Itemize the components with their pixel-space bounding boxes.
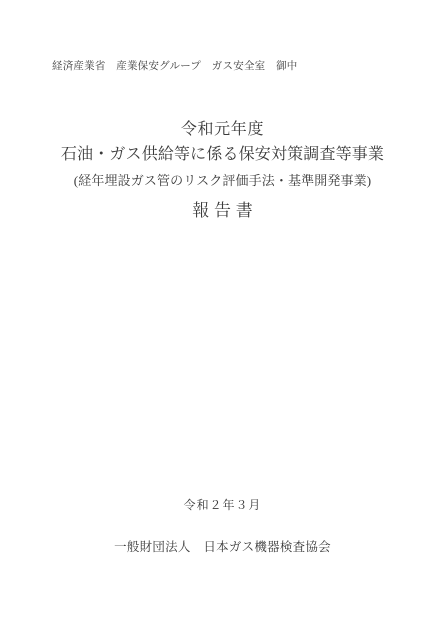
- report-cover-page: 経済産業省 産業保安グループ ガス安全室 御中 令和元年度 石油・ガス供給等に係…: [0, 0, 445, 630]
- project-title: 石油・ガス供給等に係る保安対策調査等事業: [0, 141, 445, 164]
- addressee-line: 経済産業省 産業保安グループ ガス安全室 御中: [52, 58, 298, 73]
- project-subtitle: (経年埋設ガス管のリスク評価手法・基準開発事業): [0, 170, 445, 189]
- fiscal-year: 令和元年度: [0, 116, 445, 139]
- document-type-label: 報告書: [0, 196, 445, 221]
- organization-name: 一般財団法人 日本ガス機器検査協会: [0, 537, 445, 555]
- publication-date: 令和２年３月: [0, 496, 445, 513]
